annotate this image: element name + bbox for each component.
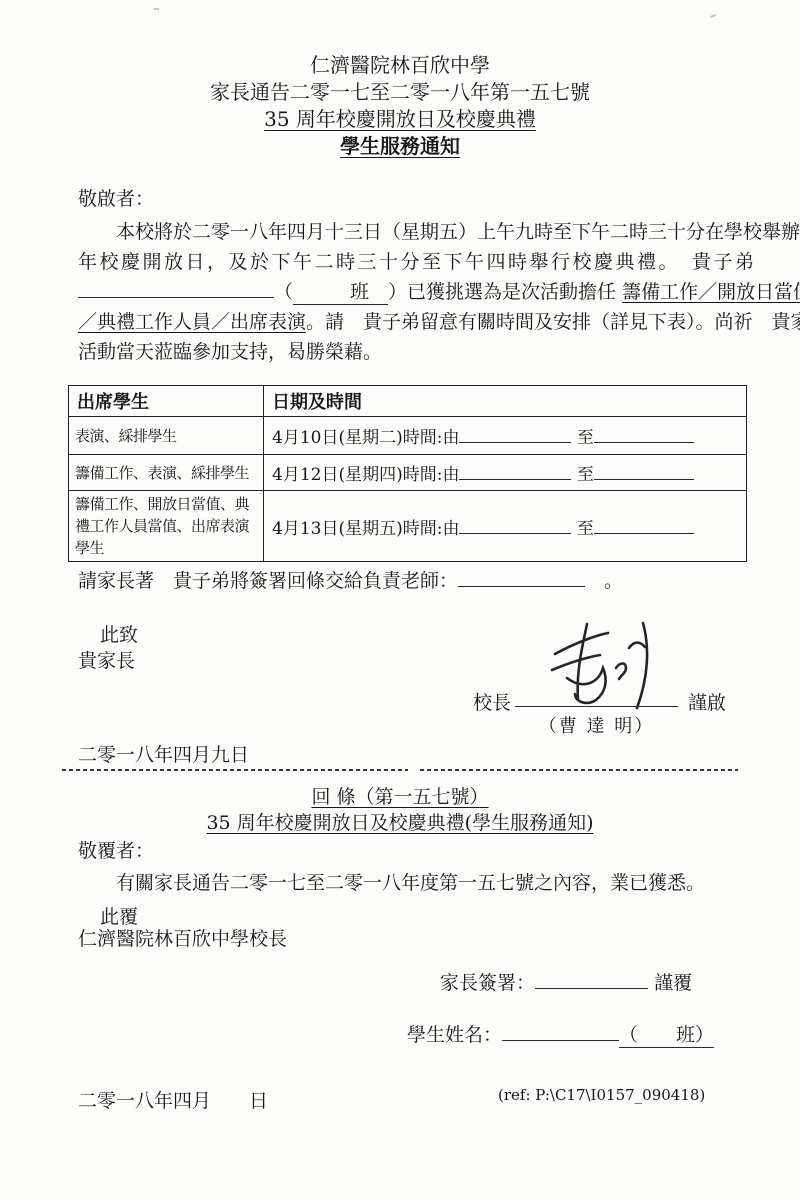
table-row: 表演、綵排學生 4月10日(星期二)時間:由 至 (69, 417, 747, 455)
paragraph-text: 。請 貴子弟留意有關時間及安排（詳見下表）。尚祈 貴家長於 (306, 311, 800, 333)
reply-slip-subtitle: 35 周年校慶開放日及校慶典禮(學生服務通知) (0, 808, 800, 835)
students-cell: 籌備工作、開放日當值、典禮工作人員當值、出席表演學生 (69, 491, 264, 562)
scan-speck (154, 8, 159, 10)
table-header-row: 出席學生 日期及時間 (69, 386, 747, 417)
paragraph-line: 年校慶開放日，及於下午二時三十分至下午四時舉行校慶典禮。 貴子弟 (78, 247, 740, 277)
date-text: 4月10日(星期二)時間:由 (272, 428, 459, 448)
paragraph-text: 已獲挑選為是次活動擔任 (407, 281, 622, 303)
reply-salutation: 敬覆者： (78, 836, 154, 863)
notice-title: 學生服務通知 (0, 133, 800, 160)
reply-date-line: 二零一八年四月 日 (78, 1086, 268, 1113)
datetime-cell: 4月13日(星期五)時間:由 至 (264, 491, 747, 562)
time-to-blank (594, 463, 694, 480)
notice-number: 家長通告二零一七至二零一八年第一五七號 (0, 79, 800, 106)
reply-slip-title: 回 條（第一五七號） (0, 782, 800, 809)
table-row: 籌備工作、開放日當值、典禮工作人員當值、出席表演學生 4月13日(星期五)時間:… (69, 491, 747, 562)
time-to-blank (594, 426, 694, 443)
closing-this-to: 此致 (100, 620, 138, 647)
parent-signature-label: 家長簽署： (440, 972, 535, 994)
paragraph-line: 活動當天蒞臨參加支持，曷勝榮藉。 (78, 337, 740, 367)
to-label: 至 (577, 465, 594, 485)
event-title: 35 周年校慶開放日及校慶典禮 (0, 106, 800, 133)
date-text: 4月13日(星期五)時間:由 (272, 519, 459, 539)
class-paren-group: （ 班） (619, 1024, 714, 1048)
main-paragraph: 本校將於二零一八年四月十三日（星期五）上午九時至下午二時三十分在學校舉辦 35 … (78, 217, 740, 367)
time-from-blank (459, 516, 571, 533)
paragraph-line: 本校將於二零一八年四月十三日（星期五）上午九時至下午二時三十分在學校舉辦 35 … (78, 217, 740, 247)
cut-dashed-line (420, 769, 738, 771)
student-name-blank (78, 279, 274, 298)
class-blank: 班 (293, 281, 388, 305)
period: 。 (585, 570, 623, 592)
teacher-return-line: 請家長著 貴子弟將簽署回條交給負責老師： 。 (78, 566, 623, 593)
table-row: 籌備工作、表演、綵排學生 4月12日(星期四)時間:由 至 (69, 455, 747, 491)
col-datetime-header: 日期及時間 (264, 386, 747, 417)
to-label: 至 (577, 428, 594, 448)
file-reference: (ref: P:\C17\I0157_090418) (498, 1086, 705, 1104)
parent-signature-row: 家長簽署： 謹覆 (440, 968, 692, 995)
datetime-cell: 4月10日(星期二)時間:由 至 (264, 417, 747, 455)
duty-options-underlined: 籌備工作／開放日當值 (622, 281, 800, 303)
school-name: 仁濟醫院林百欣中學 (0, 52, 800, 79)
principal-label: 校長 (473, 688, 511, 715)
reply-principal-line: 仁濟醫院林百欣中學校長 (78, 924, 287, 951)
time-from-blank (459, 426, 571, 443)
time-to-blank (594, 516, 694, 533)
paragraph-line: ／典禮工作人員／出席表演。請 貴子弟留意有關時間及安排（詳見下表）。尚祈 貴家長… (78, 307, 740, 337)
cut-dashed-line (62, 769, 408, 771)
col-students-header: 出席學生 (69, 386, 264, 417)
parent-signature-blank (535, 970, 648, 989)
closing-dear-parent: 貴家長 (78, 646, 135, 673)
datetime-cell: 4月12日(星期四)時間:由 至 (264, 455, 747, 491)
paren: （ (274, 281, 293, 303)
students-cell: 籌備工作、表演、綵排學生 (69, 455, 264, 491)
time-from-blank (459, 463, 571, 480)
reply-respectfully-label: 謹覆 (654, 972, 692, 994)
scan-speck (710, 14, 716, 18)
paren: ） (388, 281, 407, 303)
schedule-table: 出席學生 日期及時間 表演、綵排學生 4月10日(星期二)時間:由 至 籌備工作… (68, 385, 747, 562)
student-name-blank (502, 1022, 619, 1041)
date-text: 4月12日(星期四)時間:由 (272, 465, 459, 485)
document-header: 仁濟醫院林百欣中學 家長通告二零一七至二零一八年第一五七號 35 周年校慶開放日… (0, 52, 800, 160)
teacher-return-text: 請家長著 貴子弟將簽署回條交給負責老師： (78, 570, 458, 592)
teacher-name-blank (458, 568, 585, 587)
paragraph-line: （ 班 ）已獲挑選為是次活動擔任 籌備工作／開放日當值 (78, 277, 740, 307)
notice-date: 二零一八年四月九日 (78, 740, 249, 767)
scanned-school-notice: 仁濟醫院林百欣中學 家長通告二零一七至二零一八年第一五七號 35 周年校慶開放日… (0, 0, 800, 1200)
to-label: 至 (577, 519, 594, 539)
students-cell: 表演、綵排學生 (69, 417, 264, 455)
duty-options-underlined: ／典禮工作人員／出席表演 (78, 311, 306, 333)
student-name-label: 學生姓名： (407, 1024, 502, 1046)
principal-signature-line (515, 682, 678, 707)
reply-body: 有關家長通告二零一七至二零一八年度第一五七號之內容，業已獲悉。 (78, 868, 738, 895)
principal-name: （曹 達 明） (515, 712, 678, 738)
salutation: 敬啟者： (78, 184, 154, 211)
respectfully-label: 謹啟 (688, 688, 726, 715)
student-name-row: 學生姓名：（ 班） (407, 1020, 714, 1047)
